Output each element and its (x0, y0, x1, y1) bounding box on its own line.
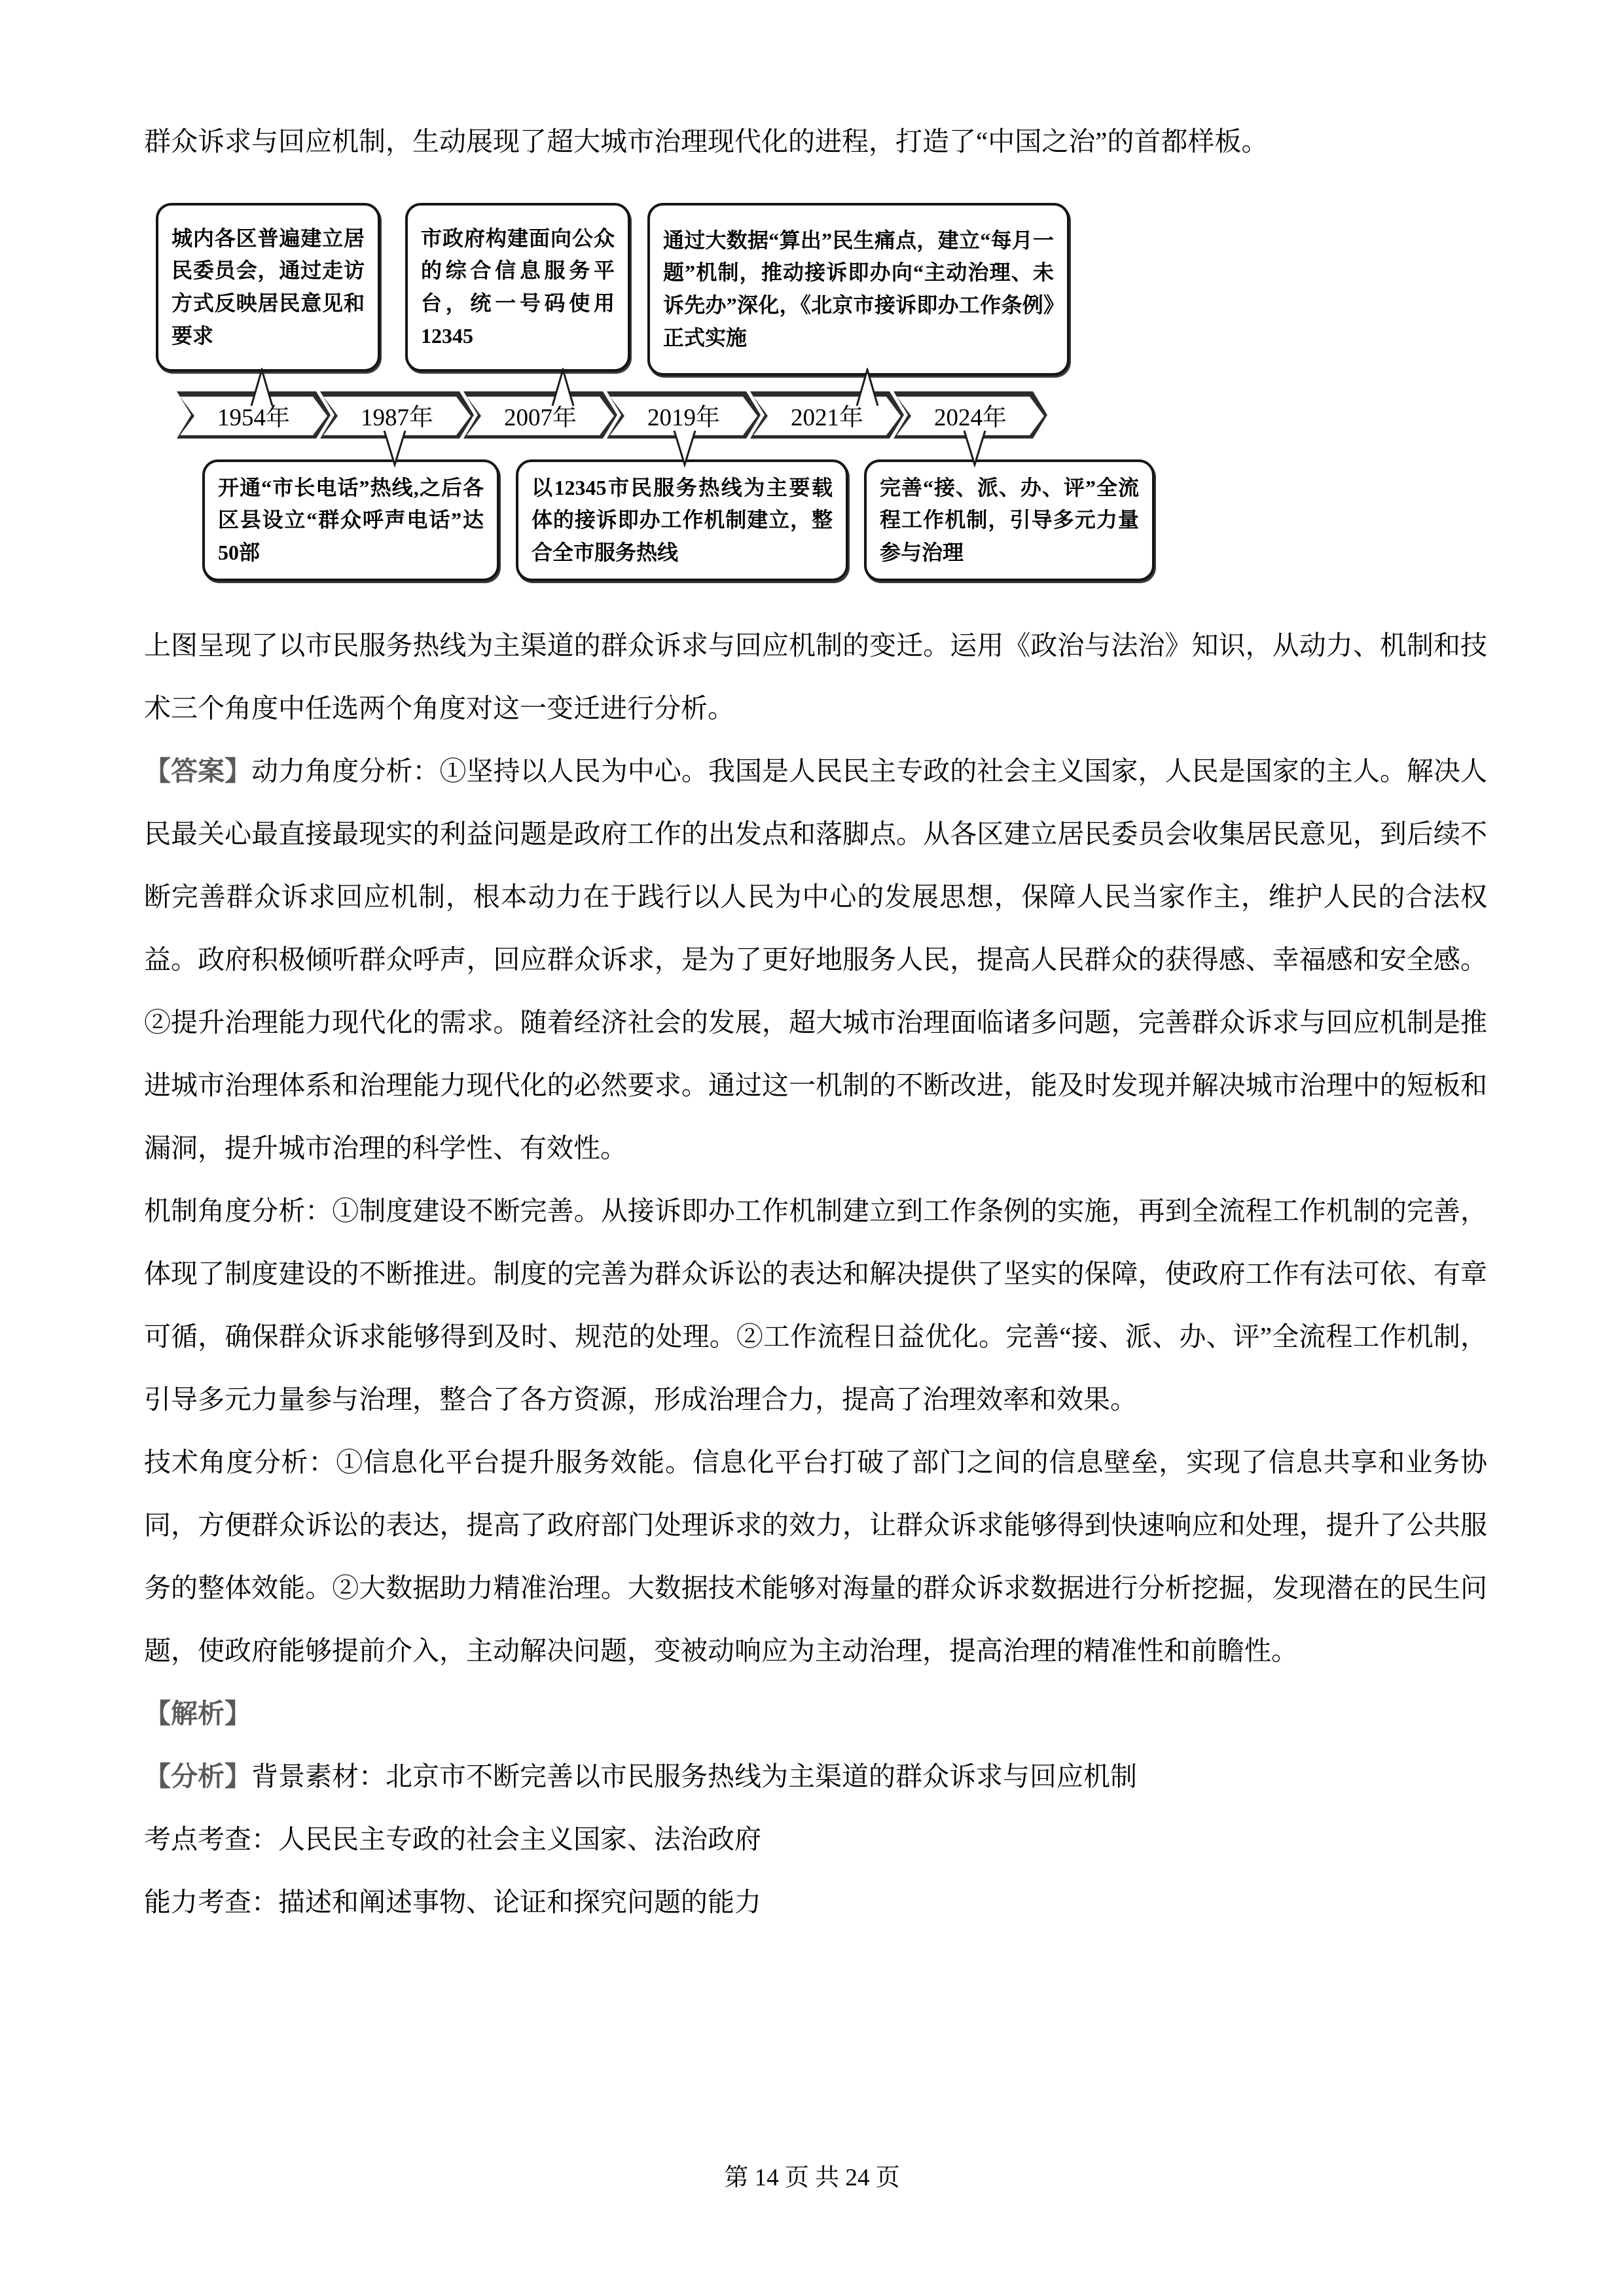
top-box-2021-text: 通过大数据“算出”民生痛点，建立“每月一题”机制，推动接诉即办向“主动治理、未诉… (663, 224, 1054, 354)
bottom-box-2024-text: 完善“接、派、办、评”全流程工作机制，引导多元力量参与治理 (880, 472, 1139, 569)
jiexi-line: 【解析】 (144, 1682, 1487, 1745)
top-box-1954-text: 城内各区普遍建立居民委员会，通过走访方式反映居民意见和要求 (171, 223, 365, 352)
intro-paragraph: 群众诉求与回应机制，生动展现了超大城市治理现代化的进程，打造了“中国之治”的首都… (144, 110, 1487, 173)
connector-up-icon (247, 368, 277, 406)
document-page: { "content": { "intro": "群众诉求与回应机制，生动展现了… (0, 0, 1624, 2296)
answer-paragraph-power: 【答案】动力角度分析：①坚持以人民为中心。我国是人民民主专政的社会主义国家，人民… (144, 740, 1487, 1179)
connector-down-icon (380, 431, 410, 467)
answer-power-text: 动力角度分析：①坚持以人民为中心。我国是人民民主专政的社会主义国家，人民是国家的… (144, 756, 1487, 1163)
answer-tag: 【答案】 (144, 756, 251, 786)
connector-up-icon (548, 368, 578, 406)
jiexi-tag: 【解析】 (144, 1698, 251, 1729)
connector-up-icon (852, 368, 882, 406)
question-paragraph: 上图呈现了以市民服务热线为主渠道的群众诉求与回应机制的变迁。运用《政治与法治》知… (144, 614, 1487, 740)
fenxi-line: 【分析】背景素材：北京市不断完善以市民服务热线为主渠道的群众诉求与回应机制 (144, 1745, 1487, 1808)
bottom-box-2019-text: 以12345市民服务热线为主要载体的接诉即办工作机制建立，整合全市服务热线 (532, 472, 833, 569)
top-box-2021: 通过大数据“算出”民生痛点，建立“每月一题”机制，推动接诉即办向“主动治理、未诉… (647, 203, 1070, 376)
connector-down-icon (670, 431, 700, 467)
fenxi-tag: 【分析】 (144, 1761, 251, 1791)
timeline-year-label: 2007年 (463, 391, 617, 439)
page-content: 群众诉求与回应机制，生动展现了超大城市治理现代化的进程，打造了“中国之治”的首都… (144, 110, 1487, 1933)
bottom-box-2024: 完善“接、派、办、评”全流程工作机制，引导多元力量参与治理 (864, 459, 1155, 581)
page-number: 第 14 页 共 24 页 (0, 2157, 1624, 2193)
top-box-2007: 市政府构建面向公众的综合信息服务平台，统一号码使用12345 (405, 203, 630, 372)
answer-paragraph-mechanism: 机制角度分析：①制度建设不断完善。从接诉即办工作机制建立到工作条例的实施，再到全… (144, 1179, 1487, 1431)
bottom-box-2019: 以12345市民服务热线为主要载体的接诉即办工作机制建立，整合全市服务热线 (516, 459, 848, 581)
nengli-line: 能力考查：描述和阐述事物、论证和探究问题的能力 (144, 1871, 1487, 1933)
top-box-1954: 城内各区普遍建立居民委员会，通过走访方式反映居民意见和要求 (156, 203, 380, 372)
bottom-box-1987: 开通“市长电话”热线,之后各区县设立“群众呼声电话”达50部 (202, 459, 499, 581)
timeline-bar: 1954年 1987年 2007年 2019年 2021年 (177, 391, 1047, 439)
fenxi-text: 背景素材：北京市不断完善以市民服务热线为主渠道的群众诉求与回应机制 (251, 1761, 1137, 1791)
top-box-2007-text: 市政府构建面向公众的综合信息服务平台，统一号码使用12345 (421, 223, 615, 352)
answer-paragraph-technology: 技术角度分析：①信息化平台提升服务效能。信息化平台打破了部门之间的信息壁垒，实现… (144, 1431, 1487, 1682)
timeline-diagram: 城内各区普遍建立居民委员会，通过走访方式反映居民意见和要求 市政府构建面向公众的… (144, 203, 1165, 584)
bottom-box-1987-text: 开通“市长电话”热线,之后各区县设立“群众呼声电话”达50部 (218, 472, 484, 569)
kaodian-line: 考点考查：人民民主专政的社会主义国家、法治政府 (144, 1808, 1487, 1871)
timeline-year-2007: 2007年 (463, 391, 617, 439)
connector-down-icon (960, 431, 990, 467)
